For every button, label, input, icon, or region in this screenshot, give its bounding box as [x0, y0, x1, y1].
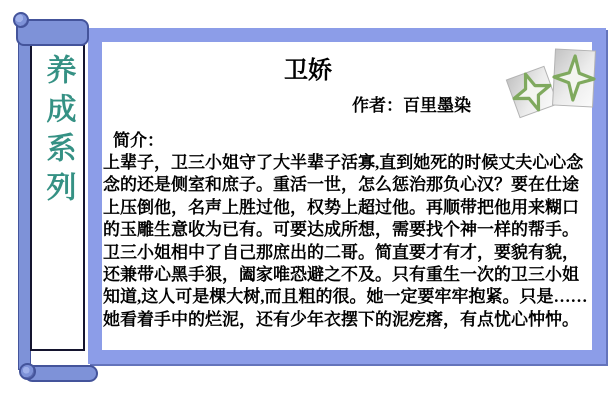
intro-heading: 简介： — [103, 130, 589, 152]
intro-text-line: 还兼带心黑手狠，阖家唯恐避之不及。只有重生一次的卫三小姐 — [103, 264, 589, 286]
intro-text-line: 知道,这人可是棵大树,而且粗的很。她一定要牢牢抱紧。只是…… — [103, 286, 589, 308]
series-banner-label: 养成系列 — [43, 54, 73, 349]
book-intro-page: 养成系列 卫娇 作者：百里墨染 简介： 上辈子，卫三小姐守了大半辈子活寡,直到她… — [0, 0, 615, 397]
four-point-star-icon — [553, 49, 596, 107]
series-banner: 养成系列 — [30, 44, 85, 351]
sparkle-stickers — [504, 46, 600, 122]
intro-text-line: 的玉雕生意收为已有。可要达成所想，需要找个神一样的帮手。 — [103, 219, 589, 241]
four-point-star-icon — [506, 66, 557, 117]
intro-text-line: 上辈子，卫三小姐守了大半辈子活寡,直到她死的时候丈夫心心念 — [103, 152, 589, 174]
intro-text-line: 上压倒他，名声上胜过他，权势上超过他。再顺带把他用来糊口 — [103, 197, 589, 219]
intro-text-line: 卫三小姐相中了自己那庶出的二哥。简直要才有才，要貌有貌， — [103, 242, 589, 264]
scroll-top-curl — [13, 12, 29, 28]
author-line: 作者：百里墨染 — [352, 91, 471, 116]
intro-text-line: 念的还是侧室和庶子。重活一世，怎么惩治那负心汉？要在仕途 — [103, 174, 589, 196]
intro-section: 简介： 上辈子，卫三小姐守了大半辈子活寡,直到她死的时候丈夫心心念 念的还是侧室… — [103, 130, 589, 331]
intro-text-line: 她看着手中的烂泥，还有少年衣摆下的泥疙瘩，有点忧心忡忡。 — [103, 309, 589, 331]
scroll-bottom-curl — [19, 363, 36, 380]
book-title: 卫娇 — [90, 50, 526, 85]
